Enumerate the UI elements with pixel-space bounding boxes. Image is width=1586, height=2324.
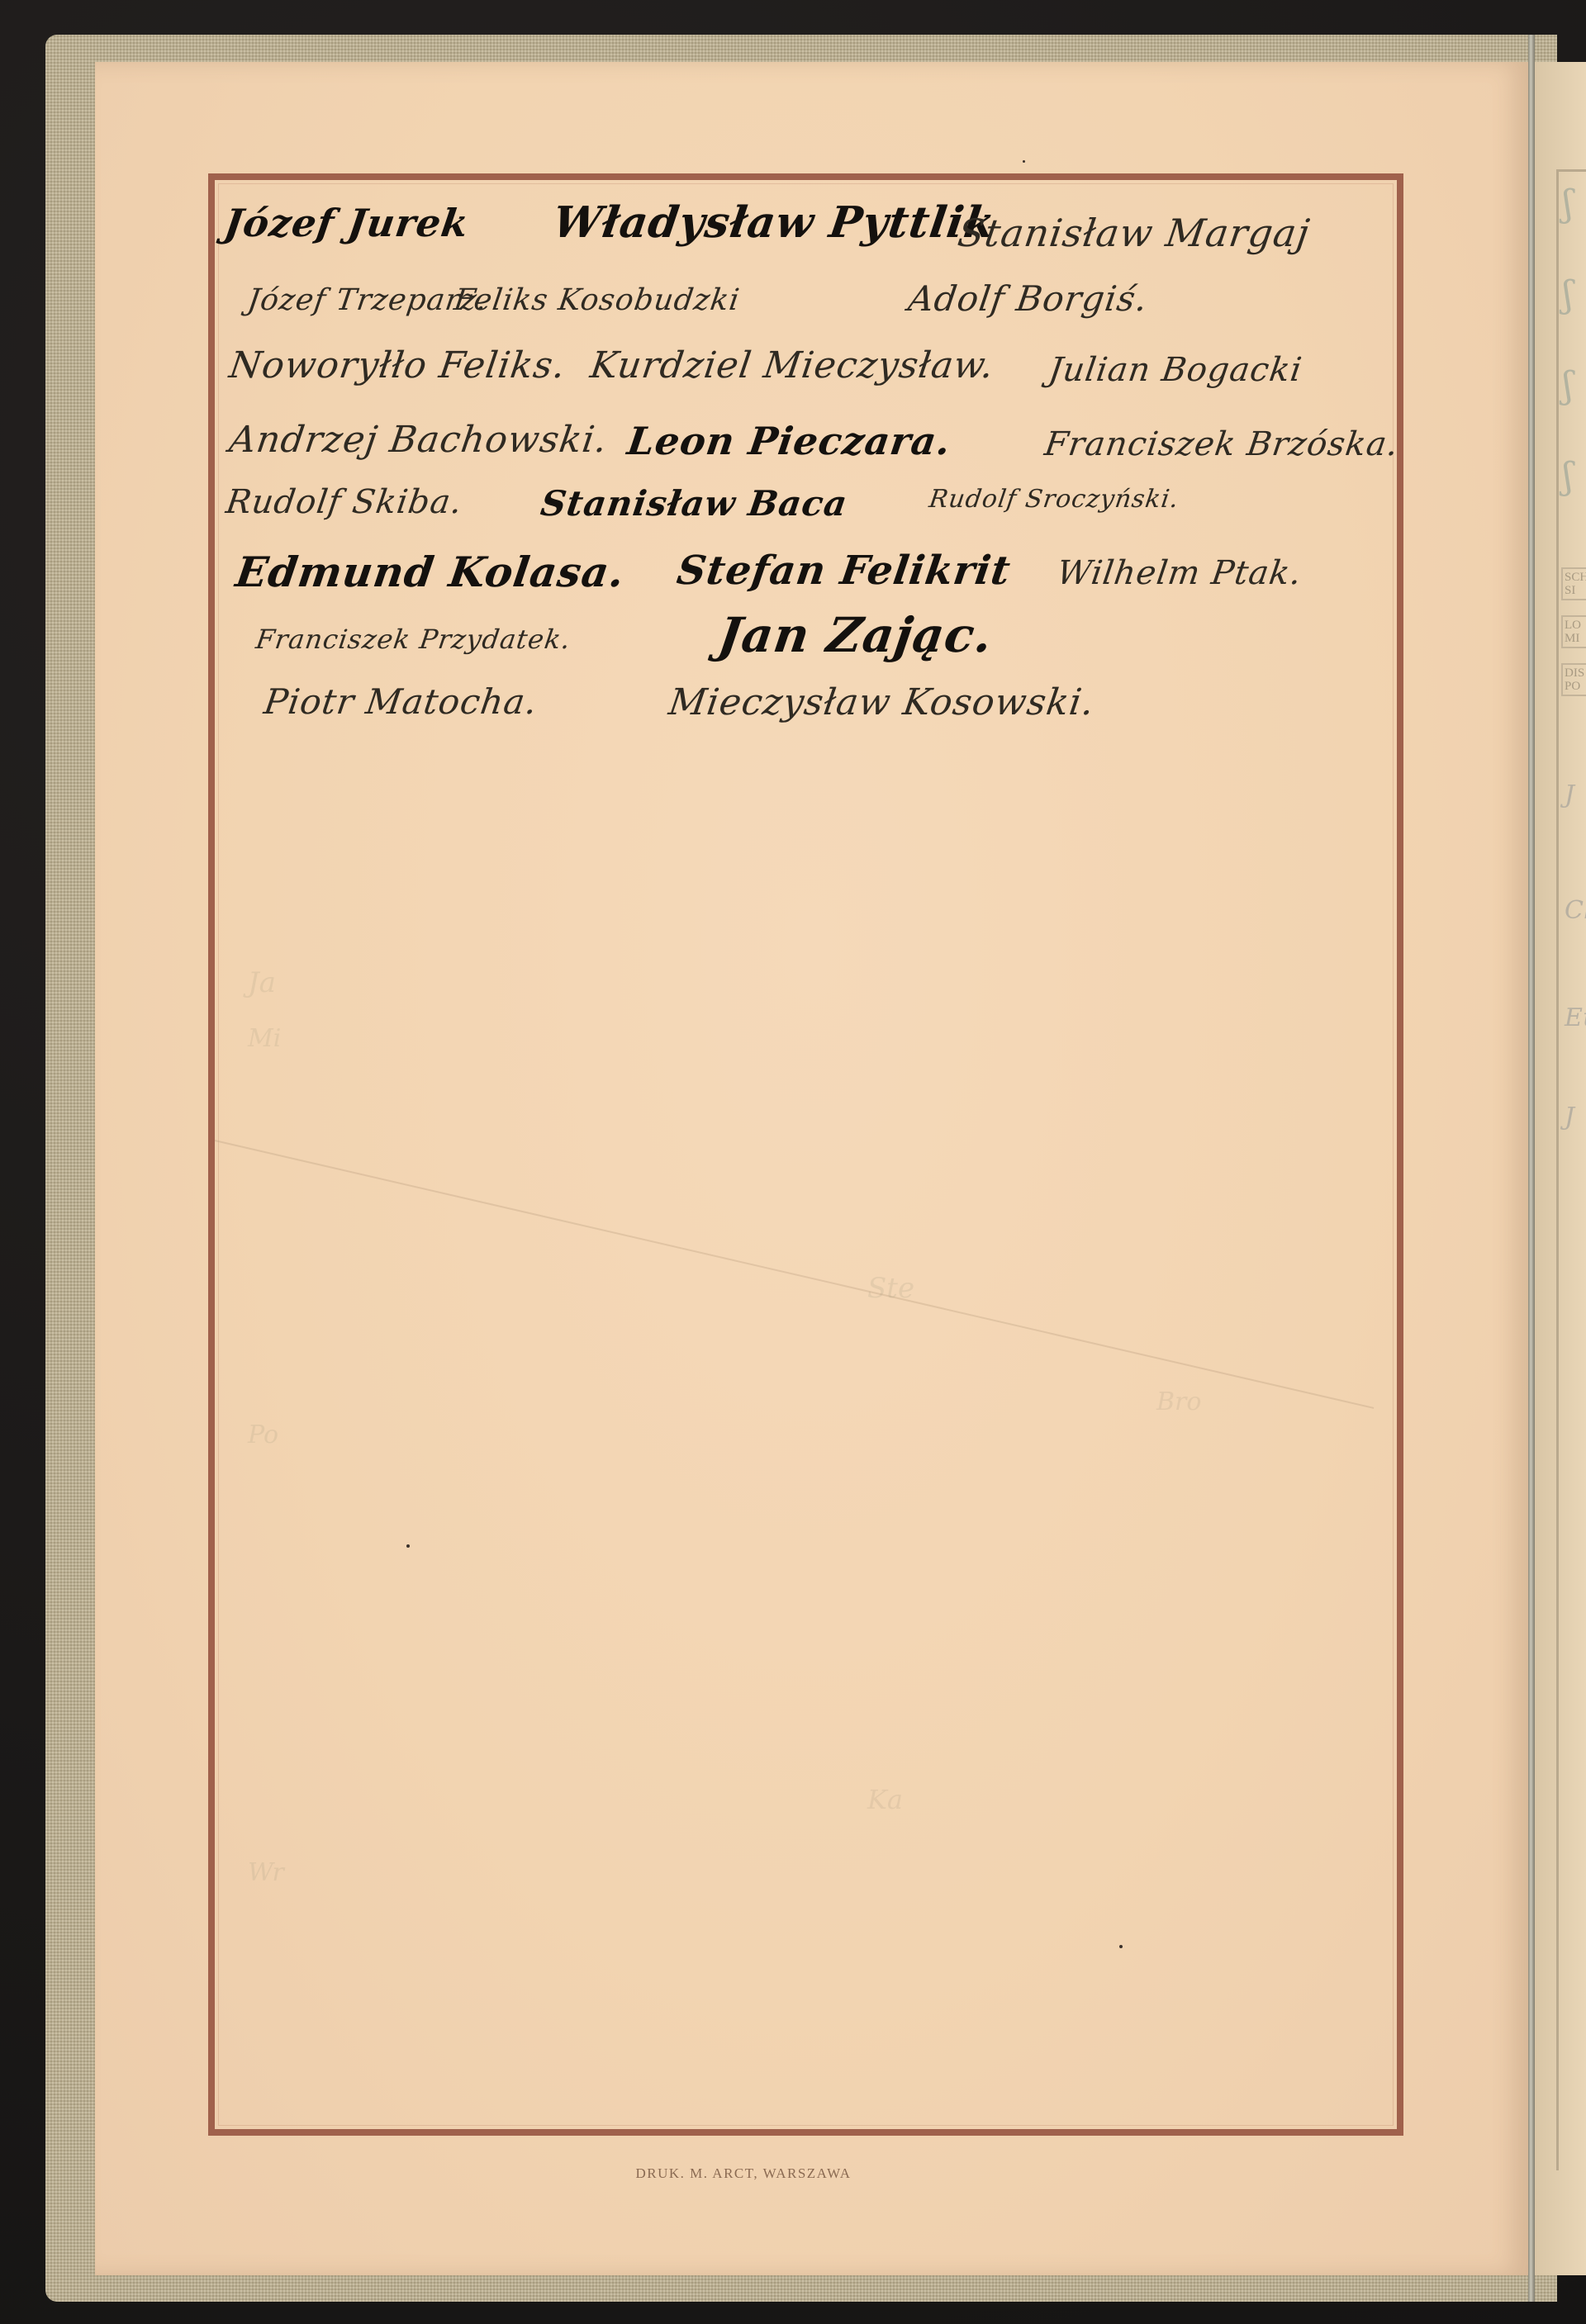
- showthrough-text: Po: [248, 1420, 278, 1449]
- next-page-ornament: ʃ: [1563, 277, 1586, 313]
- printer-imprint-text: DRUK. M. ARCT, WARSZAWA: [635, 2165, 851, 2181]
- signature: Wilhelm Ptak.: [1055, 554, 1304, 592]
- next-page-label: DIS PO: [1561, 663, 1586, 696]
- signature: Stanisław Margaj: [955, 211, 1313, 255]
- signature: Andrzej Bachowski.: [226, 419, 610, 461]
- signature: Edmund Kolasa.: [233, 548, 628, 596]
- next-page-ornament: ʃ: [1563, 186, 1586, 222]
- ink-speck: [1119, 1945, 1123, 1948]
- next-page-script: Eu: [1565, 1003, 1586, 1032]
- signature: Noworyłło Feliks.: [226, 344, 568, 387]
- showthrough-text: Ste: [867, 1272, 914, 1305]
- showthrough-text: Mi: [248, 1024, 281, 1053]
- signature: Piotr Matocha.: [262, 681, 540, 722]
- next-page-ornament: ʃ: [1563, 368, 1586, 404]
- signature: Franciszek Brzóska.: [1042, 425, 1401, 463]
- signature: Rudolf Sroczyński.: [928, 485, 1181, 514]
- signature: Władysław Pyttlik: [550, 197, 999, 248]
- signature: Leon Pieczara.: [624, 419, 954, 463]
- next-page-ornament: ʃ: [1563, 458, 1586, 495]
- signature: Stanisław Baca: [539, 483, 851, 524]
- next-page-label: SCH SI: [1561, 567, 1586, 600]
- signature: Jan Zając.: [715, 607, 996, 663]
- next-page-script: Ch: [1565, 896, 1586, 925]
- next-page-label: LO MI: [1561, 615, 1586, 648]
- page-border-frame: [208, 173, 1403, 2136]
- signature: Julian Bogacki: [1047, 351, 1305, 389]
- signature: Rudolf Skiba.: [224, 483, 465, 521]
- printer-imprint: DRUK. M. ARCT, WARSZAWA: [0, 2165, 1586, 2182]
- signature: Franciszek Przydatek.: [254, 624, 572, 655]
- book-gutter: [1528, 35, 1535, 2302]
- signature: Stefan Felikrit: [674, 548, 1014, 594]
- next-page-edge: ʃ ʃ ʃ ʃ SCH SI LO MI DIS PO J Ch Eu J: [1535, 62, 1586, 2275]
- showthrough-text: Bro: [1156, 1387, 1201, 1416]
- showthrough-text: Wr: [248, 1858, 284, 1887]
- signature: Adolf Borgiś.: [906, 278, 1151, 319]
- signature: Józef Jurek: [221, 201, 472, 245]
- signature: Feliks Kosobudzki: [452, 283, 742, 317]
- signature: Mieczysław Kosowski.: [666, 681, 1097, 723]
- frame-inner-rule: [218, 183, 1394, 2126]
- ink-speck: [1023, 160, 1025, 163]
- next-page-script: J: [1565, 1103, 1574, 1131]
- next-page-script: J: [1565, 780, 1574, 809]
- showthrough-text: Ka: [867, 1784, 903, 1815]
- ink-speck: [406, 1544, 410, 1548]
- signature: Kurdziel Mieczysław.: [587, 344, 996, 387]
- showthrough-text: Ja: [248, 966, 276, 999]
